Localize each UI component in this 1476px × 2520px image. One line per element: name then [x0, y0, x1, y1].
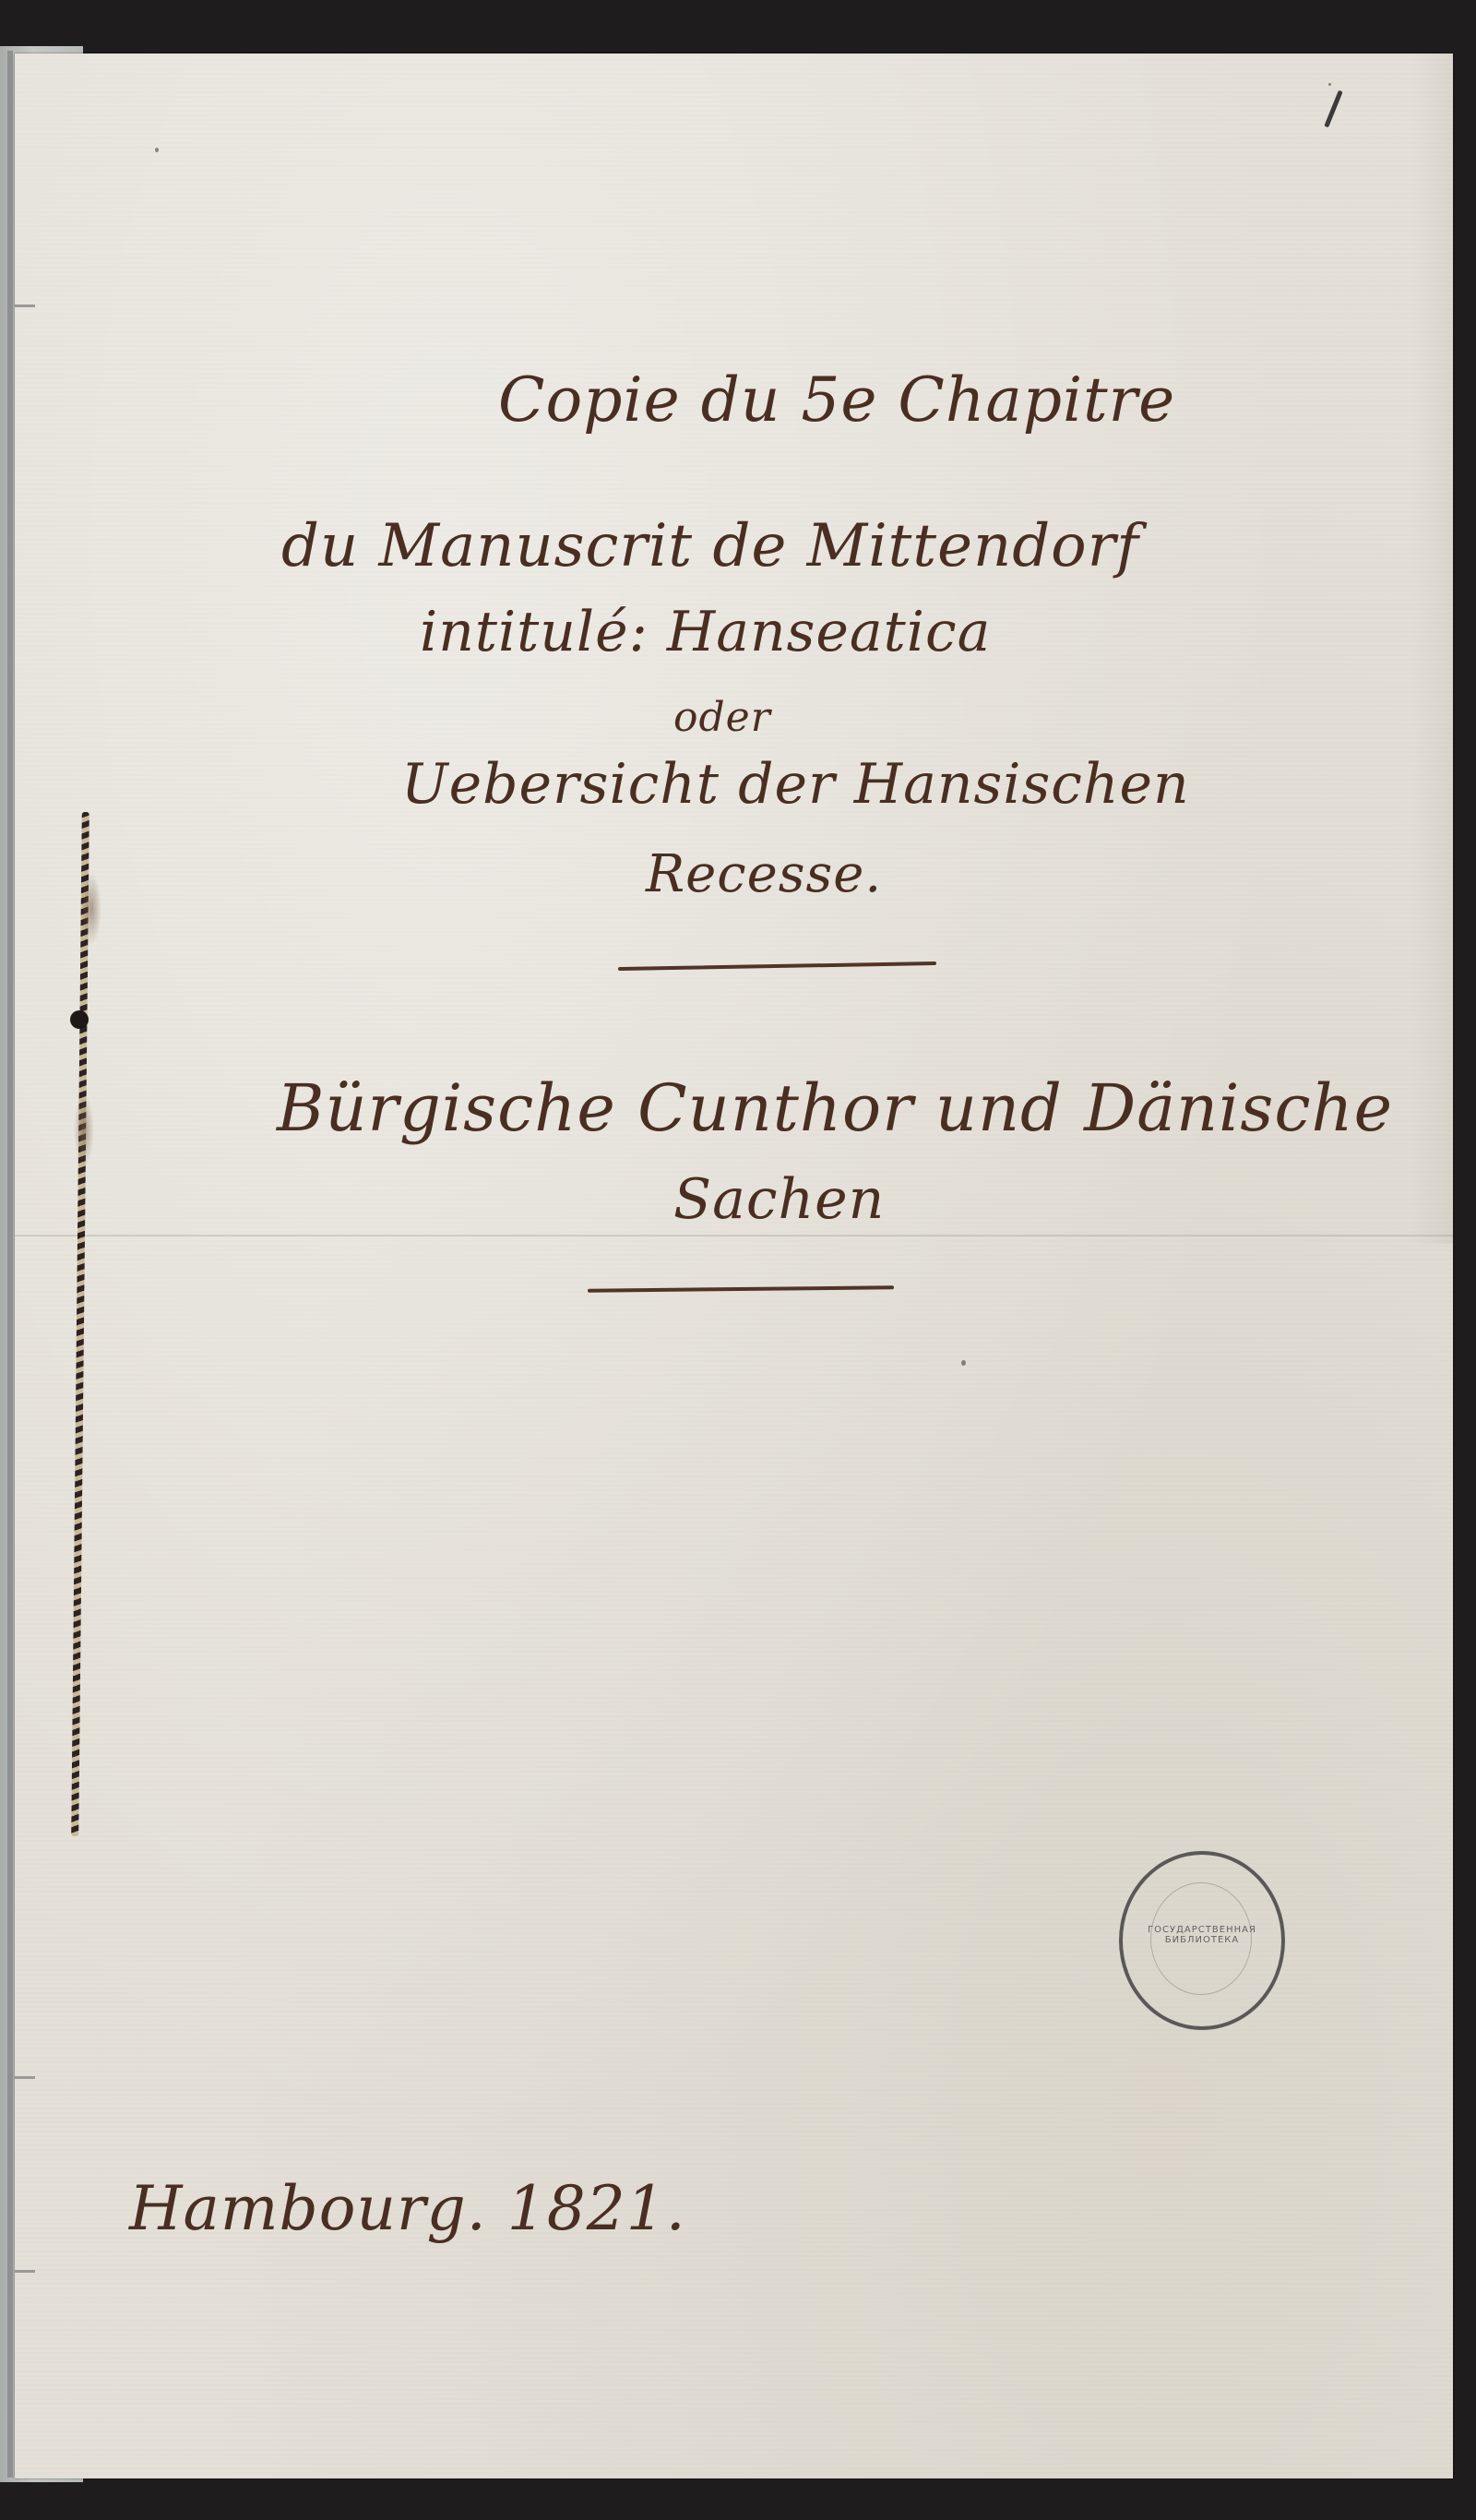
title-line-3: intitulé: Hanseatica [420, 600, 991, 664]
title-line-5: Uebersicht der Hansischen [401, 752, 1190, 817]
ink-spot [961, 1360, 966, 1366]
library-stamp: ГОСУДАРСТВЕННАЯ БИБЛИОТЕКА [1119, 1851, 1285, 2030]
place-date: Hambourg. 1821. [129, 2173, 686, 2244]
title-line-6: Recesse. [646, 844, 882, 904]
page-shadow [1411, 54, 1453, 1244]
backing-edge [7, 51, 13, 2478]
title-line-2: du Manuscrit de Mittendorf [281, 512, 1139, 580]
thread-fray [74, 1093, 94, 1167]
thread-fray [81, 872, 101, 946]
binding-stitch [15, 2076, 35, 2079]
stamp-text: ГОСУДАРСТВЕННАЯ БИБЛИОТЕКА [1123, 1925, 1281, 1945]
ink-spot [1328, 83, 1331, 86]
binding-stitch [15, 305, 35, 307]
page-fold-line [15, 1235, 1453, 1236]
ink-spot [155, 148, 159, 152]
title-line-4: oder [673, 694, 771, 741]
subject-line-1: Bürgische Cunthor und Dänische [277, 1070, 1393, 1146]
title-line-1: Copie du 5e Chapitre [498, 364, 1175, 436]
subject-line-2: Sachen [673, 1167, 885, 1232]
binding-stitch [15, 2270, 35, 2273]
binding-knot [70, 1010, 89, 1029]
